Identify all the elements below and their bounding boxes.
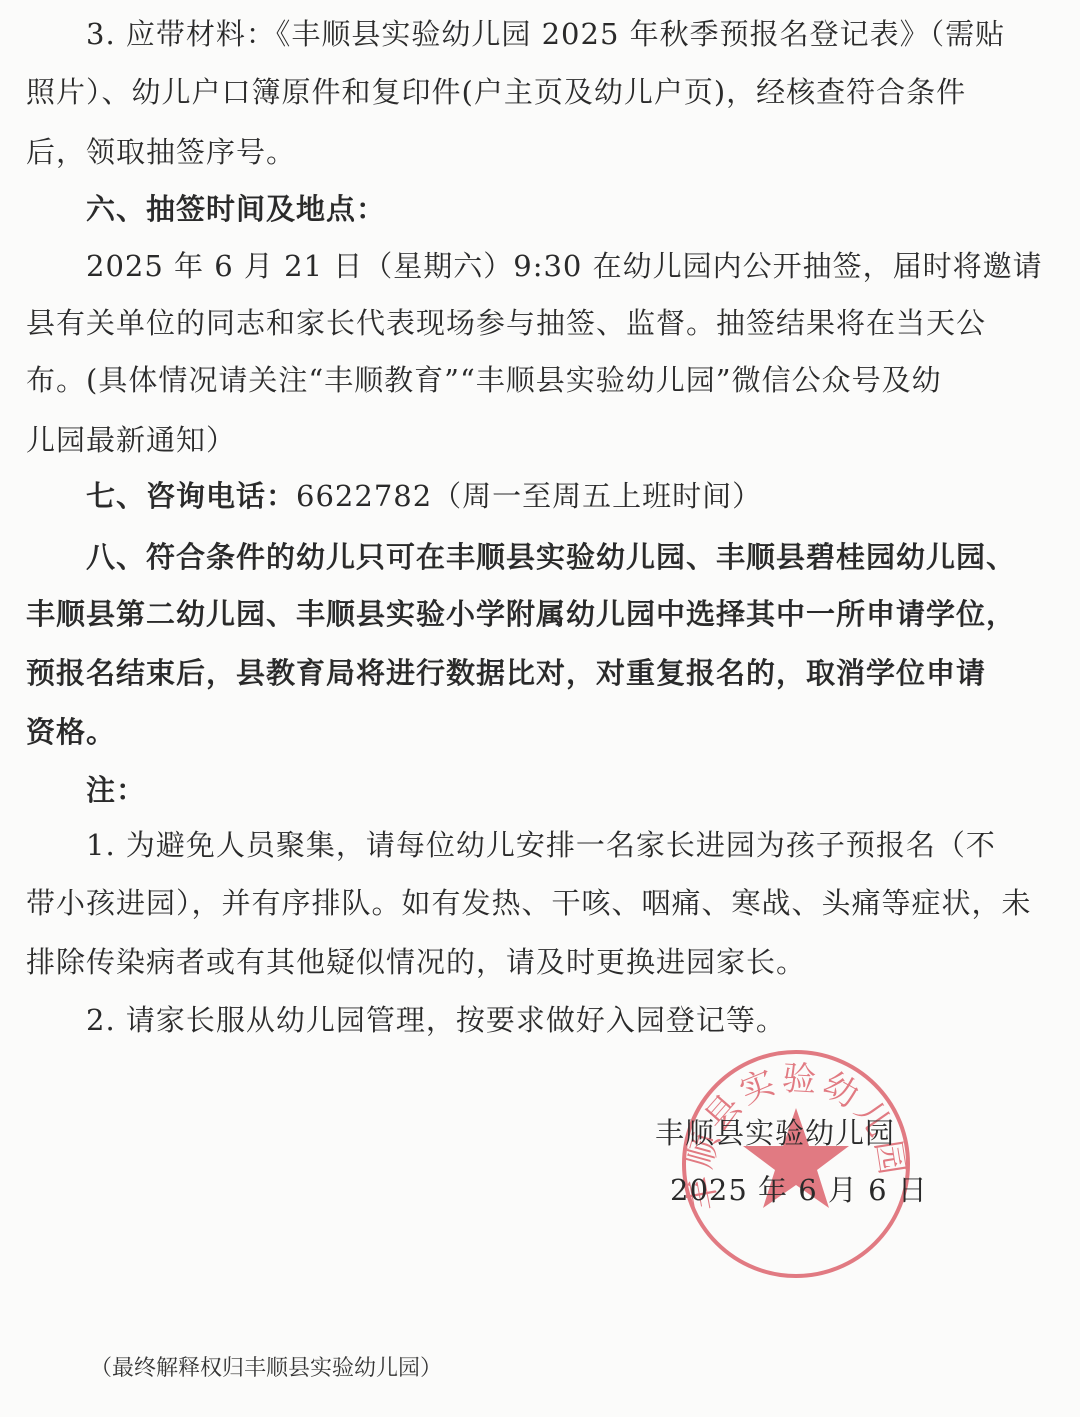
section-6-line-3: 布。(具体情况请关注“丰顺教育”“丰顺县实验幼儿园”微信公众号及幼 <box>26 360 942 400</box>
section-8-line-3: 预报名结束后，县教育局将进行数据比对，对重复报名的，取消学位申请 <box>26 653 986 693</box>
official-seal-stamp: 丰顺县实验幼儿园 <box>678 1046 914 1282</box>
signature-date: 2025 年 6 月 6 日 <box>670 1170 928 1210</box>
consult-hours: （周一至周五上班时间） <box>432 479 762 513</box>
section-7-line: 七、咨询电话：6622782（周一至周五上班时间） <box>86 476 762 516</box>
section-6-line-1: 2025 年 6 月 21 日（星期六）9:30 在幼儿园内公开抽签，届时将邀请 <box>86 246 1043 286</box>
note-1-line-3: 排除传染病者或有其他疑似情况的，请及时更换进园家长。 <box>26 942 806 982</box>
section-6-line-2: 县有关单位的同志和家长代表现场参与抽签、监督。抽签结果将在当天公 <box>26 303 986 343</box>
note-1-line-2: 带小孩进园），并有序排队。如有发热、干咳、咽痛、寒战、头痛等症状，未 <box>26 883 1032 923</box>
document-page: 3. 应带材料：《丰顺县实验幼儿园 2025 年秋季预报名登记表》（需贴 照片）… <box>0 0 1080 1417</box>
note-2-line: 2. 请家长服从幼儿园管理，按要求做好入园登记等。 <box>86 1000 786 1040</box>
consult-phone: 6622782 <box>296 479 432 513</box>
section-7-label: 七、咨询电话： <box>86 479 296 513</box>
section-6-line-4: 儿园最新通知） <box>26 420 236 460</box>
materials-line-3: 后，领取抽签序号。 <box>26 132 296 172</box>
materials-line-1: 3. 应带材料：《丰顺县实验幼儿园 2025 年秋季预报名登记表》（需贴 <box>86 14 1005 54</box>
note-1-line-1: 1. 为避免人员聚集，请每位幼儿安排一名家长进园为孩子预报名（不 <box>86 825 996 865</box>
section-8-line-1: 八、符合条件的幼儿只可在丰顺县实验幼儿园、丰顺县碧桂园幼儿园、 <box>86 537 1016 577</box>
materials-line-2: 照片）、幼儿户口簿原件和复印件(户主页及幼儿户页)，经核查符合条件 <box>26 72 966 112</box>
section-8-line-2: 丰顺县第二幼儿园、丰顺县实验小学附属幼儿园中选择其中一所申请学位， <box>26 594 1016 634</box>
section-8-line-4: 资格。 <box>26 712 116 752</box>
section-6-heading: 六、抽签时间及地点： <box>86 189 386 229</box>
signature-organization: 丰顺县实验幼儿园 <box>655 1113 895 1153</box>
notes-heading: 注： <box>86 770 146 810</box>
footer-disclaimer: （最终解释权归丰顺县实验幼儿园） <box>90 1354 442 1384</box>
